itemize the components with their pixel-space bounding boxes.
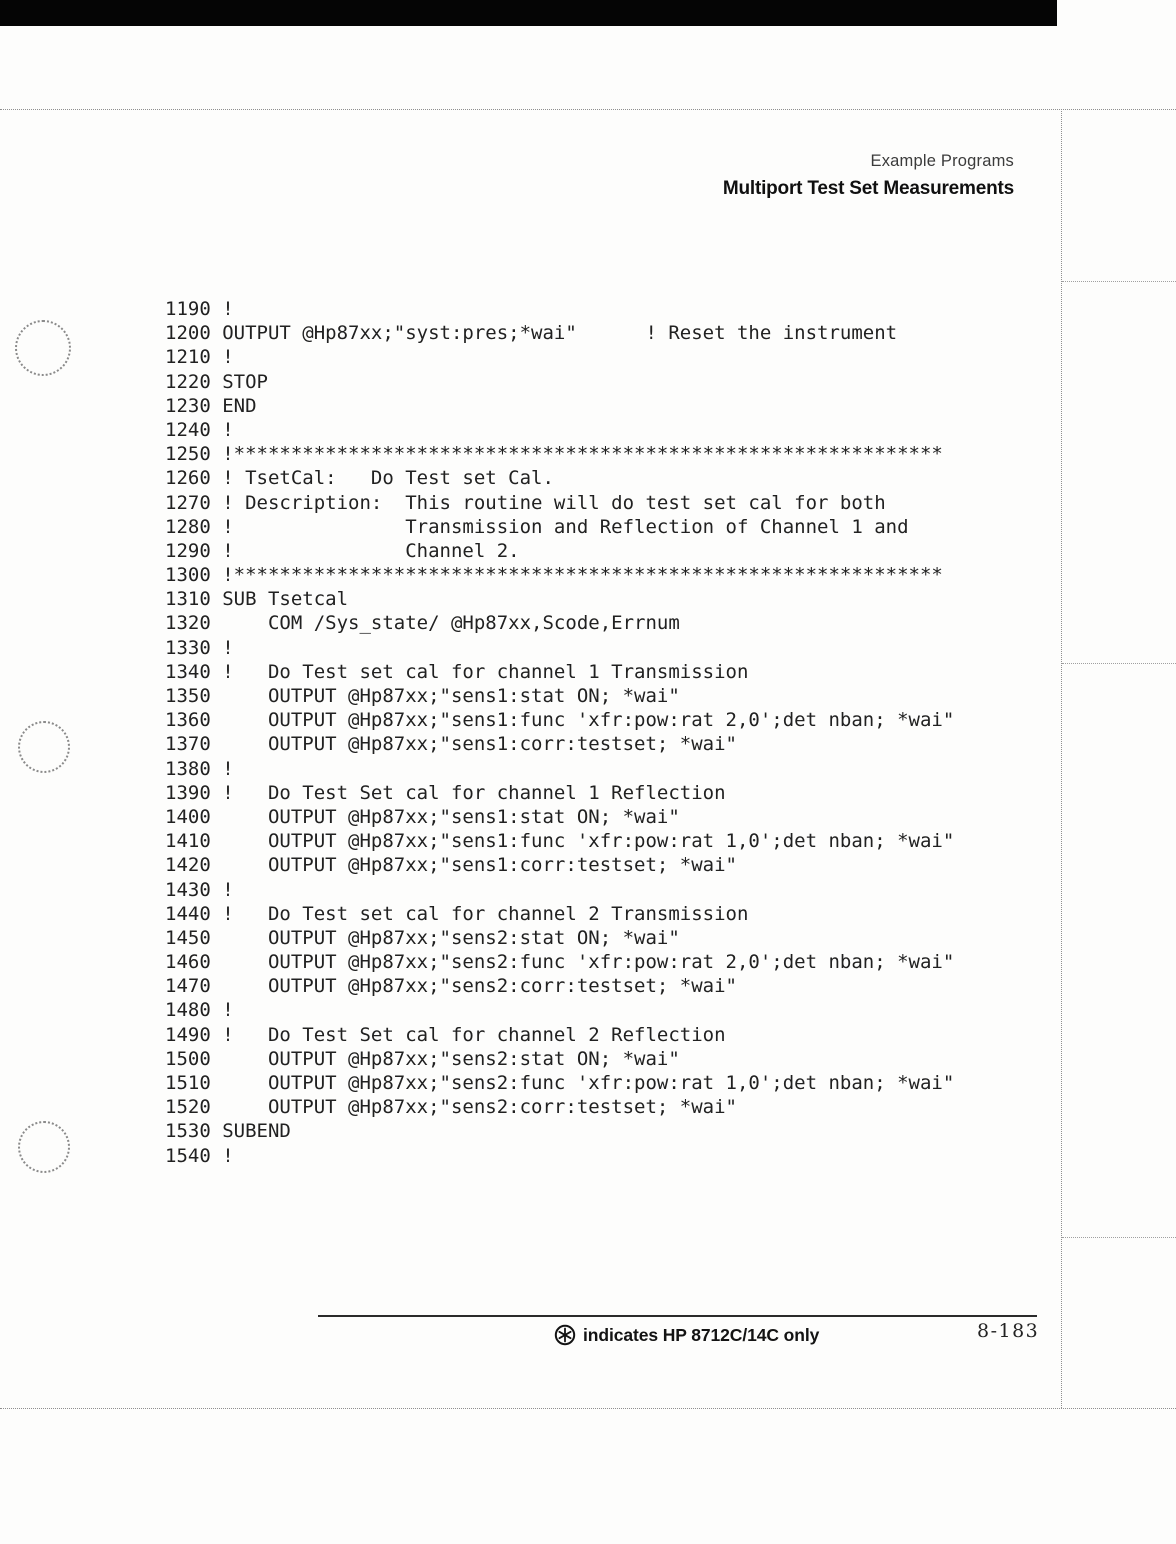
code-text: !***************************************… [211, 443, 943, 465]
page-header: Example Programs Multiport Test Set Meas… [723, 150, 1014, 202]
line-number: 1220 [165, 370, 211, 394]
code-line: 1510 OUTPUT @Hp87xx;"sens2:func 'xfr:pow… [165, 1071, 954, 1095]
line-number: 1250 [165, 442, 211, 466]
code-text: OUTPUT @Hp87xx;"sens2:stat ON; *wai" [211, 927, 680, 949]
line-number: 1210 [165, 345, 211, 369]
code-text: OUTPUT @Hp87xx;"sens2:corr:testset; *wai… [211, 975, 737, 997]
code-text: ! [211, 879, 234, 901]
line-number: 1450 [165, 926, 211, 950]
code-text: ! [211, 346, 234, 368]
code-line: 1240 ! [165, 418, 954, 442]
line-number: 1240 [165, 418, 211, 442]
page-number: 8-183 [977, 1320, 1039, 1342]
code-text: OUTPUT @Hp87xx;"sens2:func 'xfr:pow:rat … [211, 1072, 955, 1094]
line-number: 1350 [165, 684, 211, 708]
code-text: ! [211, 298, 234, 320]
code-line: 1290 ! Channel 2. [165, 539, 954, 563]
code-text: OUTPUT @Hp87xx;"sens1:corr:testset; *wai… [211, 854, 737, 876]
code-text: OUTPUT @Hp87xx;"syst:pres;*wai" ! Reset … [211, 322, 897, 344]
code-text: ! [211, 999, 234, 1021]
page-edge-line-top [0, 109, 1176, 110]
line-number: 1410 [165, 829, 211, 853]
margin-tick-2 [1062, 663, 1176, 664]
line-number: 1290 [165, 539, 211, 563]
margin-tick-1 [1062, 281, 1176, 282]
code-text: ! Transmission and Reflection of Channel… [211, 516, 909, 538]
line-number: 1280 [165, 515, 211, 539]
code-text: OUTPUT @Hp87xx;"sens1:func 'xfr:pow:rat … [211, 830, 955, 852]
code-text: ! Channel 2. [211, 540, 520, 562]
code-line: 1540 ! [165, 1144, 954, 1168]
code-line: 1230 END [165, 394, 954, 418]
line-number: 1460 [165, 950, 211, 974]
line-number: 1360 [165, 708, 211, 732]
line-number: 1380 [165, 757, 211, 781]
code-text: ! [211, 758, 234, 780]
code-line: 1400 OUTPUT @Hp87xx;"sens1:stat ON; *wai… [165, 805, 954, 829]
footer-note-text: indicates HP 8712C/14C only [583, 1325, 819, 1346]
code-text: OUTPUT @Hp87xx;"sens2:corr:testset; *wai… [211, 1096, 737, 1118]
code-text: OUTPUT @Hp87xx;"sens2:stat ON; *wai" [211, 1048, 680, 1070]
code-text: COM /Sys_state/ @Hp87xx,Scode,Errnum [211, 612, 680, 634]
line-number: 1470 [165, 974, 211, 998]
code-text: OUTPUT @Hp87xx;"sens1:func 'xfr:pow:rat … [211, 709, 955, 731]
code-text: OUTPUT @Hp87xx;"sens1:stat ON; *wai" [211, 685, 680, 707]
code-text: END [211, 395, 257, 417]
code-line: 1340 ! Do Test set cal for channel 1 Tra… [165, 660, 954, 684]
line-number: 1330 [165, 636, 211, 660]
line-number: 1400 [165, 805, 211, 829]
punch-hole-3 [18, 1121, 70, 1173]
code-line: 1200 OUTPUT @Hp87xx;"syst:pres;*wai" ! R… [165, 321, 954, 345]
code-text: ! Description: This routine will do test… [211, 492, 886, 514]
line-number: 1310 [165, 587, 211, 611]
line-number: 1430 [165, 878, 211, 902]
code-line: 1270 ! Description: This routine will do… [165, 491, 954, 515]
line-number: 1300 [165, 563, 211, 587]
code-line: 1260 ! TsetCal: Do Test set Cal. [165, 466, 954, 490]
line-number: 1340 [165, 660, 211, 684]
scan-artifact-bar [0, 0, 1057, 26]
line-number: 1420 [165, 853, 211, 877]
line-number: 1190 [165, 297, 211, 321]
line-number: 1270 [165, 491, 211, 515]
punch-hole-1 [15, 320, 71, 376]
line-number: 1230 [165, 394, 211, 418]
line-number: 1500 [165, 1047, 211, 1071]
line-number: 1200 [165, 321, 211, 345]
code-line: 1370 OUTPUT @Hp87xx;"sens1:corr:testset;… [165, 732, 954, 756]
code-text: OUTPUT @Hp87xx;"sens1:stat ON; *wai" [211, 806, 680, 828]
line-number: 1540 [165, 1144, 211, 1168]
line-number: 1390 [165, 781, 211, 805]
code-line: 1500 OUTPUT @Hp87xx;"sens2:stat ON; *wai… [165, 1047, 954, 1071]
code-text: OUTPUT @Hp87xx;"sens1:corr:testset; *wai… [211, 733, 737, 755]
code-line: 1320 COM /Sys_state/ @Hp87xx,Scode,Errnu… [165, 611, 954, 635]
code-text: ! TsetCal: Do Test set Cal. [211, 467, 554, 489]
code-text: ! Do Test set cal for channel 1 Transmis… [211, 661, 749, 683]
code-text: ! Do Test Set cal for channel 2 Reflecti… [211, 1024, 726, 1046]
line-number: 1510 [165, 1071, 211, 1095]
page-edge-line-bottom [0, 1408, 1176, 1409]
code-line: 1450 OUTPUT @Hp87xx;"sens2:stat ON; *wai… [165, 926, 954, 950]
line-number: 1490 [165, 1023, 211, 1047]
page-title: Multiport Test Set Measurements [723, 176, 1014, 202]
line-number: 1260 [165, 466, 211, 490]
code-line: 1360 OUTPUT @Hp87xx;"sens1:func 'xfr:pow… [165, 708, 954, 732]
code-text: ! Do Test Set cal for channel 1 Reflecti… [211, 782, 726, 804]
code-text: ! Do Test set cal for channel 2 Transmis… [211, 903, 749, 925]
punch-hole-2 [18, 721, 70, 773]
code-line: 1530 SUBEND [165, 1119, 954, 1143]
code-line: 1440 ! Do Test set cal for channel 2 Tra… [165, 902, 954, 926]
code-text: !***************************************… [211, 564, 943, 586]
code-line: 1300 !**********************************… [165, 563, 954, 587]
code-line: 1490 ! Do Test Set cal for channel 2 Ref… [165, 1023, 954, 1047]
circled-asterisk-icon [554, 1324, 576, 1346]
code-line: 1330 ! [165, 636, 954, 660]
code-line: 1520 OUTPUT @Hp87xx;"sens2:corr:testset;… [165, 1095, 954, 1119]
header-eyebrow: Example Programs [723, 150, 1014, 172]
line-number: 1480 [165, 998, 211, 1022]
code-line: 1310 SUB Tsetcal [165, 587, 954, 611]
code-line: 1220 STOP [165, 370, 954, 394]
code-text: STOP [211, 371, 268, 393]
code-line: 1410 OUTPUT @Hp87xx;"sens1:func 'xfr:pow… [165, 829, 954, 853]
code-line: 1390 ! Do Test Set cal for channel 1 Ref… [165, 781, 954, 805]
footer-rule [318, 1315, 1037, 1317]
code-line: 1350 OUTPUT @Hp87xx;"sens1:stat ON; *wai… [165, 684, 954, 708]
code-line: 1280 ! Transmission and Reflection of Ch… [165, 515, 954, 539]
code-text: SUBEND [211, 1120, 291, 1142]
code-listing: 1190 !1200 OUTPUT @Hp87xx;"syst:pres;*wa… [165, 297, 954, 1168]
code-line: 1470 OUTPUT @Hp87xx;"sens2:corr:testset;… [165, 974, 954, 998]
code-text: SUB Tsetcal [211, 588, 348, 610]
code-line: 1430 ! [165, 878, 954, 902]
line-number: 1440 [165, 902, 211, 926]
line-number: 1520 [165, 1095, 211, 1119]
code-line: 1210 ! [165, 345, 954, 369]
code-line: 1480 ! [165, 998, 954, 1022]
code-text: OUTPUT @Hp87xx;"sens2:func 'xfr:pow:rat … [211, 951, 955, 973]
margin-tick-3 [1062, 1237, 1176, 1238]
code-line: 1190 ! [165, 297, 954, 321]
line-number: 1320 [165, 611, 211, 635]
code-line: 1250 !**********************************… [165, 442, 954, 466]
code-text: ! [211, 1145, 234, 1167]
line-number: 1530 [165, 1119, 211, 1143]
code-line: 1380 ! [165, 757, 954, 781]
line-number: 1370 [165, 732, 211, 756]
code-text: ! [211, 419, 234, 441]
code-text: ! [211, 637, 234, 659]
page-edge-line-vertical [1061, 109, 1062, 1408]
code-line: 1420 OUTPUT @Hp87xx;"sens1:corr:testset;… [165, 853, 954, 877]
manual-page: Example Programs Multiport Test Set Meas… [0, 0, 1176, 1544]
footer-note: indicates HP 8712C/14C only [554, 1324, 819, 1346]
code-line: 1460 OUTPUT @Hp87xx;"sens2:func 'xfr:pow… [165, 950, 954, 974]
